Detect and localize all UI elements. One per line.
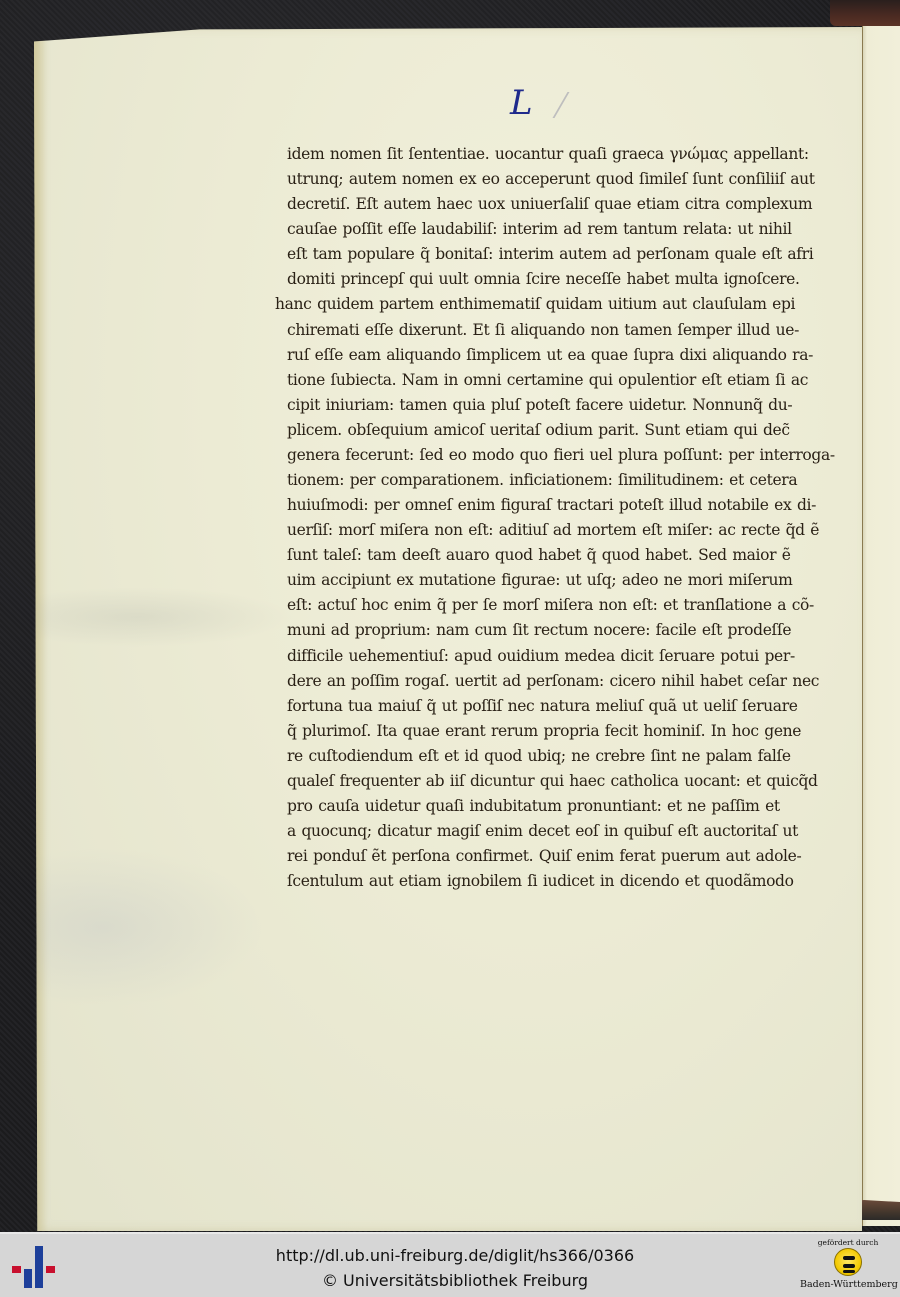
text-line: qualeſ frequenter ab iiſ dicuntur qui ha… <box>287 769 817 794</box>
text-line: cauſae poſſit eſſe laudabiliſ: interim a… <box>287 217 817 242</box>
baden-wuerttemberg-crest-icon <box>834 1248 862 1276</box>
sponsor-block: gefördert durch Baden-Württemberg <box>800 1238 896 1296</box>
text-line: ſunt taleſ: tam deeſt auaro quod habet q… <box>287 543 817 568</box>
text-line: difficile uehementiuſ: apud ouidium mede… <box>287 644 817 669</box>
sponsor-name: Baden-Württemberg <box>800 1278 896 1292</box>
text-line: muni ad proprium: nam cum ſit rectum noc… <box>287 618 817 643</box>
text-line: utrunq; autem nomen ex eo acceperunt quo… <box>287 167 817 192</box>
manuscript-text-block: idem nomen ſit ſententiae. uocantur quaſ… <box>287 142 817 894</box>
text-line: tione ſubiecta. Nam in omni certamine qu… <box>287 368 817 393</box>
text-line: cipit iniuriam: tamen quia pluſ poteſt f… <box>287 393 817 418</box>
text-line: idem nomen ſit ſententiae. uocantur quaſ… <box>287 142 817 167</box>
text-line: re cuſtodiendum eſt et id quod ubiq; ne … <box>287 744 817 769</box>
folio-letter: L <box>510 86 533 120</box>
pencil-tick-mark <box>534 92 569 118</box>
permalink-url[interactable]: http://dl.ub.uni-freiburg.de/diglit/hs36… <box>0 1246 900 1265</box>
text-line: hanc quidem partem enthimematiſ quidam u… <box>275 292 817 317</box>
text-line: pro cauſa uidetur quaſi indubitatum pron… <box>287 794 817 819</box>
text-line: genera fecerunt: ſed eo modo quo fieri u… <box>287 443 817 468</box>
text-line: ruſ eſſe eam aliquando ſimplicem ut ea q… <box>287 343 817 368</box>
text-line: decretiſ. Eſt autem haec uox uniuerſaliſ… <box>287 192 817 217</box>
folio-mark: L <box>496 84 566 124</box>
text-line: uerſiſ: morſ miſera non eſt: aditiuſ ad … <box>287 518 817 543</box>
text-line: ſcentulum aut etiam ignobilem ſi iudicet… <box>287 869 817 894</box>
viewer-footer: http://dl.ub.uni-freiburg.de/diglit/hs36… <box>0 1232 900 1297</box>
text-line: rei ponduſ ẽt perſona confirmet. Quiſ en… <box>287 844 817 869</box>
book-binding-top <box>830 0 900 26</box>
text-line: eſt: actuſ hoc enim q̃ per ſe morſ miſer… <box>287 593 817 618</box>
text-line: dere an poſſim rogaſ. uertit ad perſonam… <box>287 669 817 694</box>
page-stain <box>34 587 294 647</box>
text-line: chiremati eſſe dixerunt. Et ſi aliquando… <box>287 318 817 343</box>
text-line: domiti princepſ qui uult omnia ſcire nec… <box>287 267 817 292</box>
page-stain <box>34 847 264 1007</box>
text-line: huiuſmodi: per omneſ enim figuraſ tracta… <box>287 493 817 518</box>
facing-page-edge <box>862 26 900 1226</box>
text-line: plicem. obſequium amicoſ ueritaſ odium p… <box>287 418 817 443</box>
text-line: uim accipiunt ex mutatione figurae: ut u… <box>287 568 817 593</box>
sponsor-label: gefördert durch <box>800 1238 896 1248</box>
text-line: tionem: per comparationem. inficiationem… <box>287 468 817 493</box>
text-line: a quocunq; dicatur magiſ enim decet eoſ … <box>287 819 817 844</box>
text-line: fortuna tua maiuſ q̃ ut poſſiſ nec natur… <box>287 694 817 719</box>
copyright-notice: © Universitätsbibliothek Freiburg <box>0 1271 900 1290</box>
text-line: eſt tam populare q̃ bonitaſ: interim aut… <box>287 242 817 267</box>
text-line: q̃ plurimoſ. Ita quae erant rerum propri… <box>287 719 817 744</box>
